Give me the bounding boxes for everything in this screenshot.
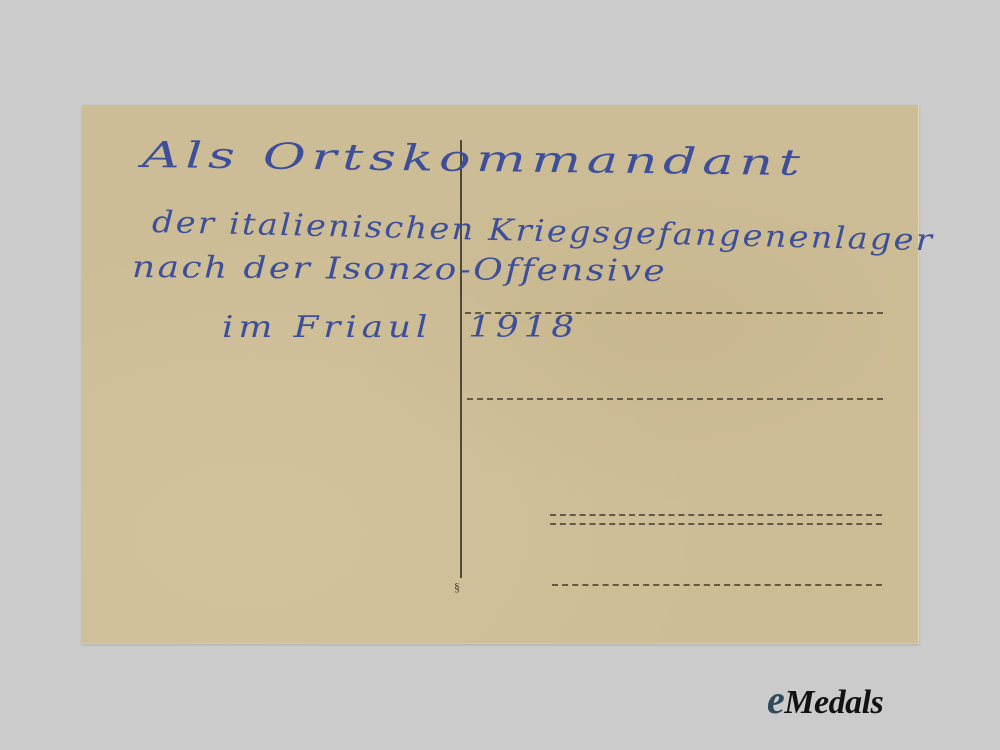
printed-section-mark: § [454,580,460,595]
postcard: § Als Ortskommandant der italienischen K… [82,105,919,644]
handwritten-place: im Friaul [222,310,432,345]
handwritten-line-1: Als Ortskommandant [141,135,806,184]
handwritten-line-3: nach der Isonzo-Offensive [132,250,667,289]
address-line-4 [550,523,882,525]
handwritten-line-4: im Friaul1918 [222,310,579,345]
emedals-watermark-logo: eMedals [767,676,883,723]
address-line-3 [550,514,882,516]
address-line-5 [552,584,882,586]
address-line-2 [467,398,883,400]
watermark-prefix: e [767,677,784,722]
watermark-name: Medals [784,684,883,721]
center-divider-line [460,140,462,578]
handwritten-year: 1918 [468,310,579,345]
